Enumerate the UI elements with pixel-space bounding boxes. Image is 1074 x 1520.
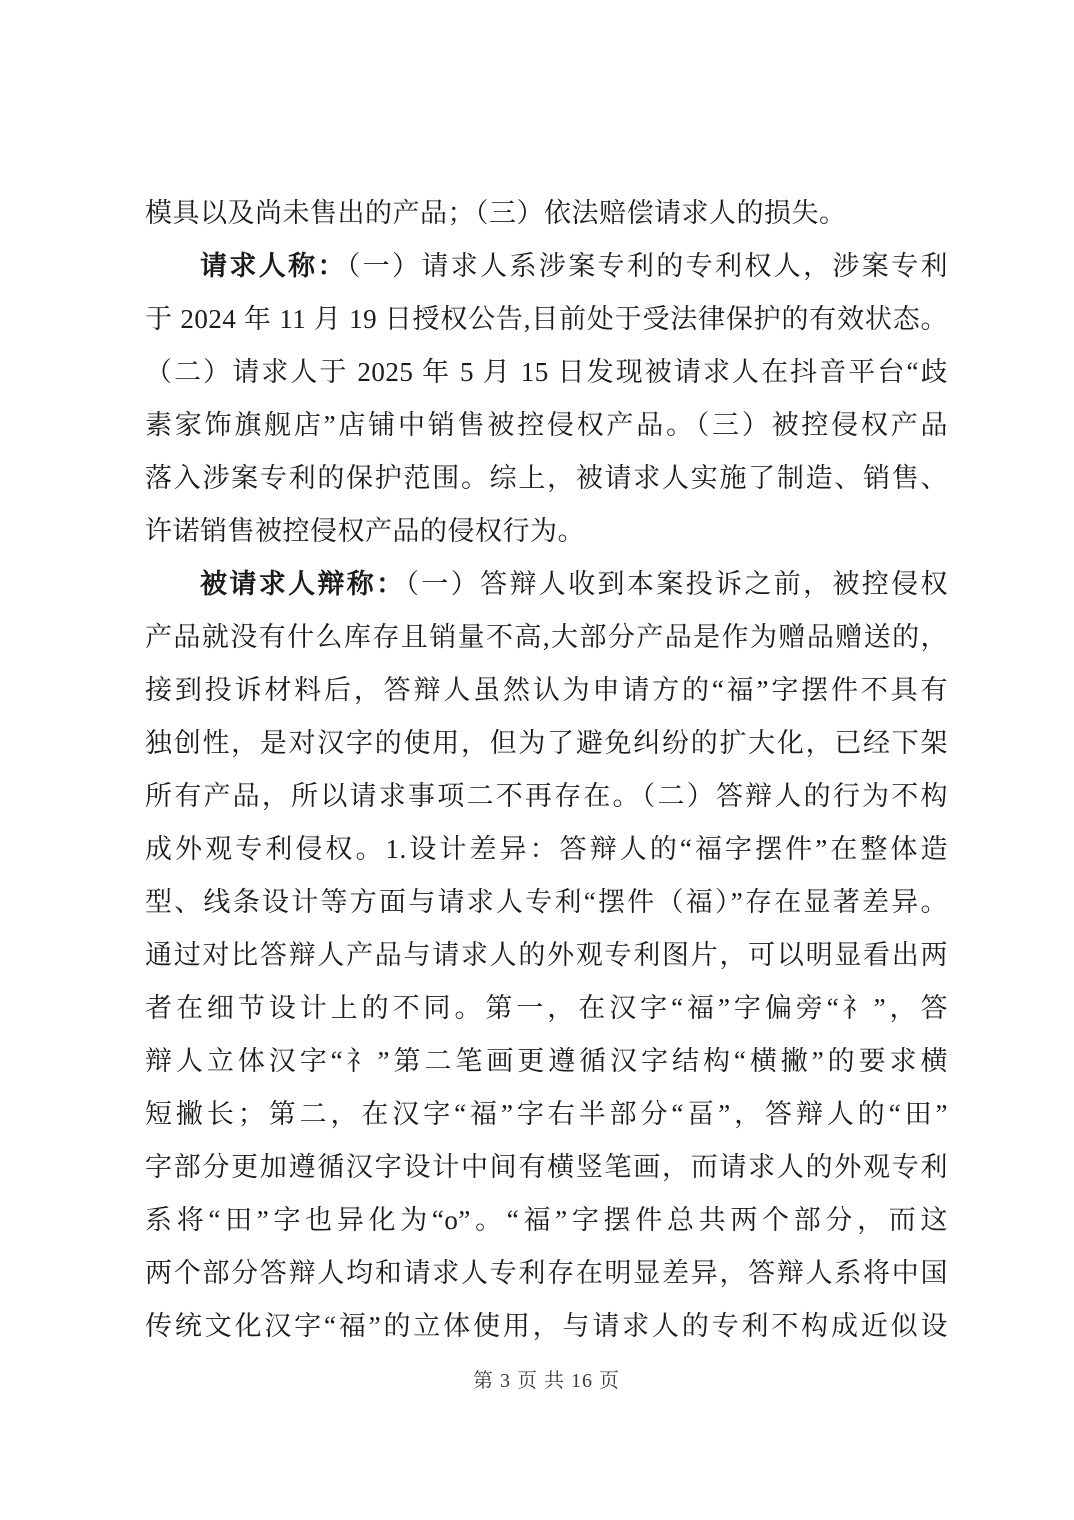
text-line: 请求人称：（一）请求人系涉案专利的专利权人，涉案专利 — [145, 240, 948, 293]
text-line: 型、线条设计等方面与请求人专利“摆件（福）”存在显著差异。 — [145, 876, 948, 929]
text-line: 辩人立体汉字“礻”第二笔画更遵循汉字结构“横撇”的要求横 — [145, 1035, 948, 1088]
paragraph-lead-bold: 请求人称： — [200, 251, 347, 281]
document-body: 模具以及尚未售出的产品；（三）依法赔偿请求人的损失。请求人称：（一）请求人系涉案… — [145, 187, 948, 1353]
text-line: 短撇长；第二，在汉字“福”字右半部分“畐”，答辩人的“田” — [145, 1088, 948, 1141]
page-number-text: 第 3 页 共 16 页 — [473, 1370, 620, 1392]
text-line: 成外观专利侵权。1.设计差异：答辩人的“福字摆件”在整体造 — [145, 823, 948, 876]
text-line: 产品就没有什么库存且销量不高,大部分产品是作为赠品赠送的， — [145, 611, 948, 664]
text-line: 于 2024 年 11 月 19 日授权公告,目前处于受法律保护的有效状态。 — [145, 293, 948, 346]
text-line: 者在细节设计上的不同。第一，在汉字“福”字偏旁“礻”，答 — [145, 982, 948, 1035]
text-line: 系将“田”字也异化为“o”。“福”字摆件总共两个部分，而这 — [145, 1194, 948, 1247]
text-line: 许诺销售被控侵权产品的侵权行为。 — [145, 505, 948, 558]
text-line: 素家饰旗舰店”店铺中销售被控侵权产品。（三）被控侵权产品 — [145, 399, 948, 452]
text-line: 落入涉案专利的保护范围。综上，被请求人实施了制造、销售、 — [145, 452, 948, 505]
page-footer: 第 3 页 共 16 页 — [145, 1366, 948, 1396]
text-line: 通过对比答辩人产品与请求人的外观专利图片，可以明显看出两 — [145, 929, 948, 982]
document-page: 模具以及尚未售出的产品；（三）依法赔偿请求人的损失。请求人称：（一）请求人系涉案… — [0, 0, 1074, 1520]
text-line: 独创性，是对汉字的使用，但为了避免纠纷的扩大化，已经下架 — [145, 717, 948, 770]
text-line: 被请求人辩称：（一）答辩人收到本案投诉之前，被控侵权 — [145, 558, 948, 611]
text-line: 字部分更加遵循汉字设计中间有横竖笔画，而请求人的外观专利 — [145, 1141, 948, 1194]
paragraph-lead-bold: 被请求人辩称： — [200, 569, 406, 599]
text-line: 所有产品，所以请求事项二不再存在。（二）答辩人的行为不构 — [145, 770, 948, 823]
text-line: （二）请求人于 2025 年 5 月 15 日发现被请求人在抖音平台“歧 — [145, 346, 948, 399]
text-line: 传统文化汉字“福”的立体使用，与请求人的专利不构成近似设 — [145, 1300, 948, 1353]
text-line: 模具以及尚未售出的产品；（三）依法赔偿请求人的损失。 — [145, 187, 948, 240]
text-line: 接到投诉材料后，答辩人虽然认为申请方的“福”字摆件不具有 — [145, 664, 948, 717]
text-line: 两个部分答辩人均和请求人专利存在明显差异，答辩人系将中国 — [145, 1247, 948, 1300]
